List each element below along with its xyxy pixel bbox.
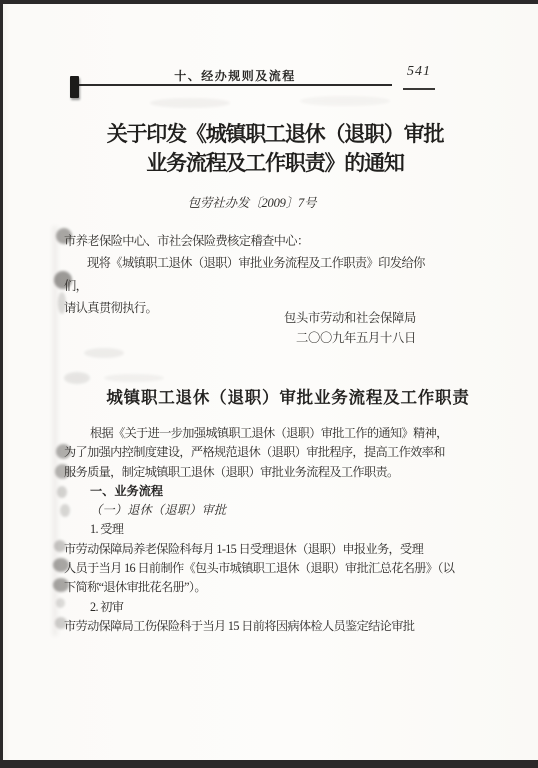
attachment-heading: 城镇职工退休（退职）审批业务流程及工作职责	[88, 384, 488, 408]
scan-smudge	[300, 96, 390, 106]
body-heading-line: 一、业务流程	[64, 482, 442, 501]
header-rule	[76, 84, 392, 86]
scan-smudge	[56, 444, 71, 459]
scan-smudge	[104, 374, 164, 382]
document-body: 根据《关于进一步加强城镇职工退休（退职）审批工作的通知》精神， 为了加强内控制度…	[64, 424, 442, 636]
scan-smudge	[57, 486, 67, 498]
salutation-line: 市养老保险中心、市社会保险费核定稽查中心：	[64, 230, 444, 252]
doc-number: 包劳社办发〔2009〕7号	[64, 193, 440, 211]
scan-smudge	[150, 98, 230, 108]
scan-smudge	[55, 617, 67, 629]
body-line: 人员于当月 16 日前制作《包头市城镇职工退休（退职）审批汇总花名册》（以	[64, 559, 442, 578]
scan-smudge	[54, 271, 72, 289]
body-line: 市劳动保障局工伤保险科于当月 15 日前将因病体检人员鉴定结论审批	[64, 617, 442, 636]
signature-org: 包头市劳动和社会保障局	[64, 308, 416, 328]
body-line: 服务质量，制定城镇职工退休（退职）审批业务流程及工作职责。	[64, 463, 442, 482]
scan-smudge	[53, 578, 69, 592]
scan-smudge	[55, 464, 70, 479]
signature-block: 包头市劳动和社会保障局 二〇〇九年五月十八日	[64, 308, 416, 348]
body-line: 为了加强内控制度建设，严格规范退休（退职）审批程序，提高工作效率和	[64, 443, 442, 462]
header-rule-ink-blob	[70, 76, 79, 98]
scanned-page: 十、经办规则及流程 541 关于印发《城镇职工退休（退职）审批 业务流程及工作职…	[0, 0, 538, 768]
page-number-rule	[403, 88, 435, 90]
scan-smudge	[64, 372, 90, 384]
scan-smudge	[56, 228, 72, 244]
scan-smudge	[56, 598, 65, 608]
page-number: 541	[401, 64, 437, 80]
body-line: 下简称“退休审批花名册”）。	[64, 578, 442, 597]
scan-smudge	[60, 504, 70, 517]
body-line: 根据《关于进一步加强城镇职工退休（退职）审批工作的通知》精神，	[64, 424, 442, 443]
notice-title-line1: 关于印发《城镇职工退休（退职）审批	[64, 120, 486, 149]
notice-body: 市养老保险中心、市社会保险费核定稽查中心： 现将《城镇职工退休（退职）审批业务流…	[64, 230, 444, 319]
notice-body-line: 现将《城镇职工退休（退职）审批业务流程及工作职责》印发给你们，	[64, 252, 444, 297]
scan-smudge	[54, 540, 66, 552]
signature-date: 二〇〇九年五月十八日	[64, 328, 416, 348]
body-subheading-line: （一）退休（退职）审批	[64, 501, 442, 520]
scan-smudge	[84, 348, 124, 358]
notice-title: 关于印发《城镇职工退休（退职）审批 业务流程及工作职责》的通知	[64, 120, 486, 178]
scan-edge-bottom	[0, 760, 538, 768]
scan-smudge	[53, 558, 69, 572]
body-line: 2. 初审	[64, 598, 442, 617]
running-head-title: 十、经办规则及流程	[78, 67, 392, 84]
notice-title-line2: 业务流程及工作职责》的通知	[64, 149, 486, 178]
scan-edge-top	[0, 0, 538, 4]
body-line: 市劳动保障局养老保险科每月 1-15 日受理退休（退职）申报业务，受理	[64, 540, 442, 559]
body-line: 1. 受理	[64, 520, 442, 539]
scan-edge-left	[0, 0, 3, 768]
scan-smudge	[58, 292, 66, 314]
